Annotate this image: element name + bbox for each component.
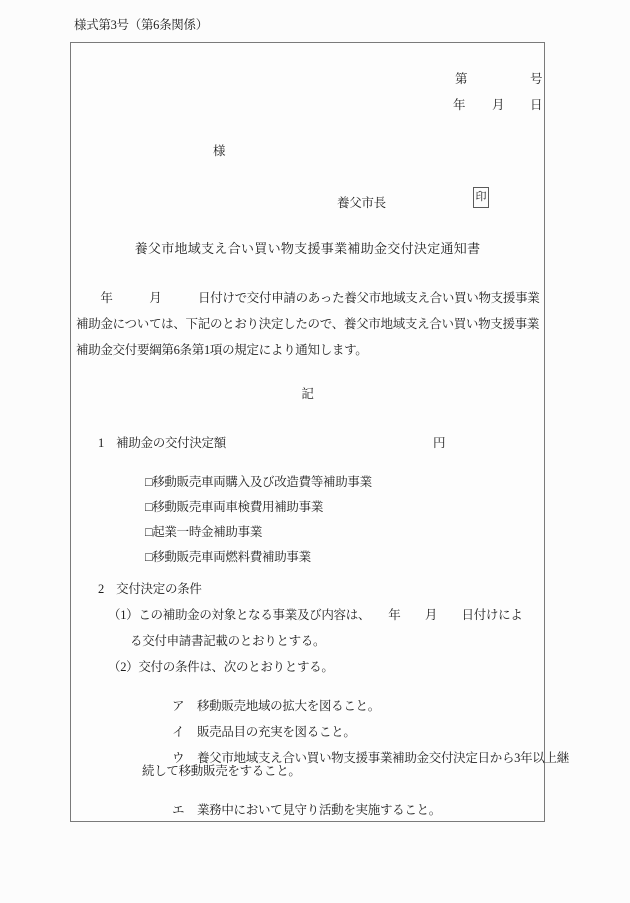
subsidy-option-label: 移動販売車両燃料費補助事業: [152, 550, 311, 564]
ki-separator-label: 記: [71, 388, 544, 401]
amount-unit-label: 円: [433, 437, 445, 450]
sub-item-text: 移動販売地域の拡大を図ること。: [197, 699, 380, 713]
document-page: 様式第3号（第6条関係） 第 号 年 月 日 様 養父市長 印 養父市地域支え合…: [0, 0, 630, 903]
subsidy-option-row: □移動販売車両燃料費補助事業: [128, 538, 311, 576]
form-number-label: 様式第3号（第6条関係）: [74, 19, 208, 32]
sub-item-marker: ア: [172, 700, 197, 713]
sub-item-marker: エ: [172, 804, 197, 817]
document-border-box: 第 号 年 月 日 様 養父市長 印 養父市地域支え合い買い物支援事業補助金交付…: [70, 42, 545, 822]
condition-1-line2: る交付申請書記載のとおりとする。: [130, 635, 325, 648]
sub-item-marker: ウ: [172, 752, 197, 765]
body-paragraph-line: 補助金交付要綱第6条第1項の規定により通知します。: [76, 344, 540, 357]
section2-heading: 2 交付決定の条件: [98, 583, 202, 596]
sub-item-text: 業務中において見守り活動を実施すること。: [197, 803, 441, 817]
body-paragraph-line: 補助金については、下記のとおり決定したので、養父市地域支え合い買い物支援事業: [76, 318, 540, 331]
seal-placeholder-box: 印: [473, 187, 489, 208]
seal-label: 印: [476, 192, 487, 203]
date-month-label: 月: [492, 99, 504, 112]
condition-sub-item-wrap: 続して移動販売をすること。: [142, 765, 301, 778]
condition-sub-item: エ業務中において見守り活動を実施すること。: [155, 791, 441, 829]
doc-number-suffix: 号: [530, 73, 542, 86]
document-title: 養父市地域支え合い買い物支援事業補助金交付決定通知書: [71, 242, 544, 255]
subsidy-option-label: 移動販売車両車検費用補助事業: [152, 500, 323, 514]
doc-number-prefix: 第: [455, 73, 467, 86]
condition-2-heading: （2）交付の条件は、次のとおりとする。: [108, 661, 334, 674]
subsidy-option-label: 起業一時金補助事業: [152, 525, 262, 539]
body-paragraph-line: 年 月 日付けで交付申請のあった養父市地域支え合い買い物支援事業: [76, 292, 540, 305]
sub-item-marker: イ: [172, 726, 197, 739]
addressee-honorific: 様: [213, 145, 225, 158]
date-year-label: 年: [453, 99, 465, 112]
sub-item-text: 販売品目の充実を図ること。: [197, 725, 356, 739]
section1-heading: 1 補助金の交付決定額: [98, 437, 226, 450]
date-day-label: 日: [530, 99, 542, 112]
subsidy-option-label: 移動販売車両購入及び改造費等補助事業: [152, 475, 372, 489]
sender-title: 養父市長: [337, 197, 386, 210]
condition-1-line1: （1）この補助金の対象となる事業及び内容は、 年 月 日付けによ: [108, 609, 523, 622]
sub-item-text: 養父市地域支え合い買い物支援事業補助金交付決定日から3年以上継: [197, 751, 569, 765]
